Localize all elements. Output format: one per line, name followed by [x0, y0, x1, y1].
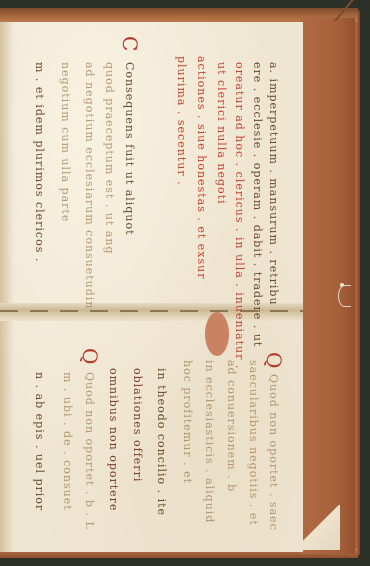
text-line: ad negotium ecclesiarum consuetudin [84, 62, 95, 309]
text-line: Consequens fuit ut aliquot [124, 62, 135, 236]
text-line: hoc profitemur . et [182, 360, 193, 484]
text-line: ut clerici nulla negoti [216, 62, 227, 205]
page-corner-tear [300, 505, 340, 550]
text-line: actiones . siue honestas . et exsur [196, 56, 207, 279]
clasp-strap-icon [338, 285, 351, 307]
text-line: omnibus non oportere [108, 368, 119, 511]
text-line: a. imperpetuum . mansurum . retribu [268, 62, 279, 306]
text-line: Quod non oportet . saec [268, 374, 279, 531]
page-edge-shadow [0, 22, 14, 552]
text-line: Quod non oportet . b . L [84, 372, 95, 530]
text-line: plurima . secentur . [176, 56, 187, 186]
text-line: ad conuersionem . b [226, 360, 237, 492]
text-line: n . ab epis . uel prior [34, 372, 45, 511]
text-line: ere . ecclesie . operam . dabit . trader… [252, 62, 263, 347]
text-line: saecularibus negotiis . et [248, 360, 259, 526]
text-line: oblationes offerri [132, 368, 143, 482]
decorated-initial: C [118, 36, 142, 51]
text-line: in theodo concilio . ite [156, 368, 167, 516]
text-line: m . ubi . de . consuet [62, 372, 73, 511]
text-line: quod praeceptum est . ut ang [104, 62, 115, 255]
parchment-stain [205, 312, 229, 356]
text-line: in ecclesiasticis . aliquid [204, 360, 215, 523]
decorated-initial: Q [262, 352, 286, 368]
text-line: m . et idem plurimos clericos . [34, 62, 45, 262]
decorated-initial: Q [78, 348, 102, 364]
text-line: oreatur ad hoc . clericus . in ulla . in… [234, 62, 245, 369]
text-line: negotium cum ulla parte [60, 62, 71, 222]
